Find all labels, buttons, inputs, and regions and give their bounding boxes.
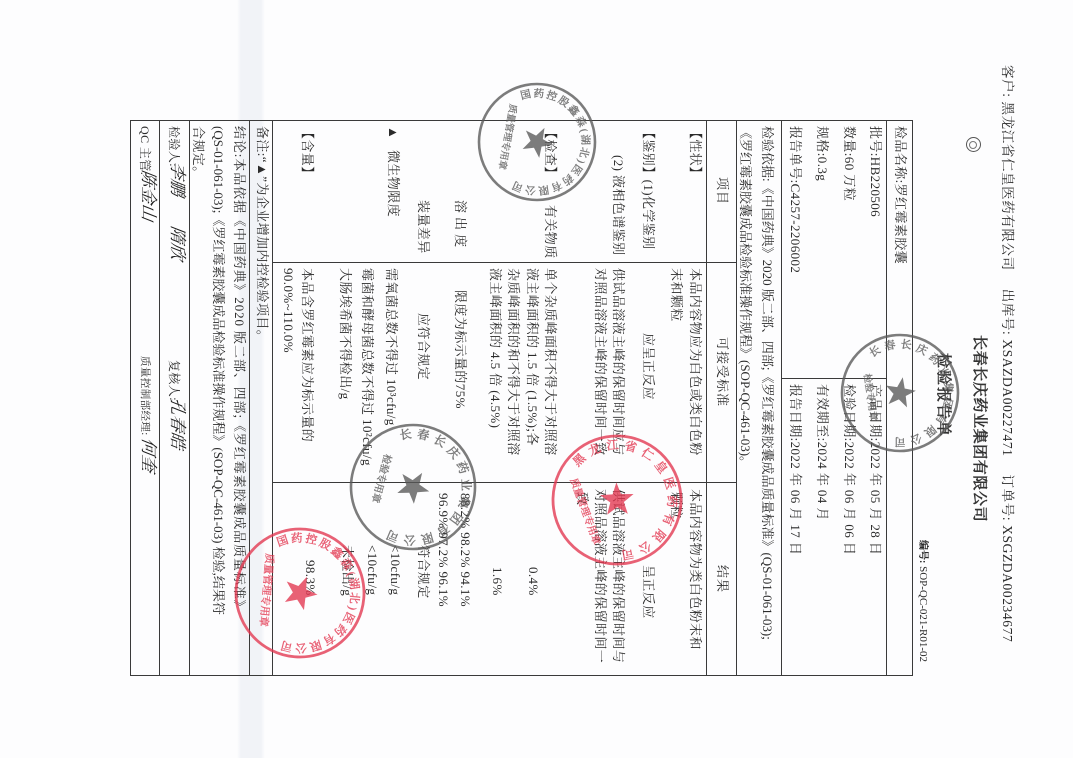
item-label: 微生物限度 bbox=[385, 150, 401, 217]
divider bbox=[272, 120, 273, 676]
result-text: 1.6% bbox=[489, 567, 505, 596]
report-date: 报告日期:2022 年 06 月 17 日 bbox=[787, 384, 803, 555]
result-text: 符合规定 bbox=[415, 545, 431, 599]
standard-text: 供试品溶液主峰的保留时间应与 bbox=[610, 268, 626, 456]
divider bbox=[706, 120, 707, 676]
divider bbox=[886, 120, 887, 676]
standard-text: 90.0%~110.0% bbox=[280, 268, 296, 353]
result-text: 对照品溶液主峰的保留时间一 bbox=[592, 489, 608, 663]
standard-text: 末和颗粒 bbox=[668, 268, 684, 322]
divider bbox=[159, 120, 160, 676]
qc-manager-signature: 何奎 bbox=[138, 437, 158, 474]
qc-supervisor-signature: 陈金山 bbox=[138, 169, 158, 223]
standard-text: 液主峰面积的 4.5 倍 (4.5%) bbox=[487, 268, 503, 428]
triangle-marker-icon: ▲ bbox=[385, 126, 401, 139]
column-header-result: 结果 bbox=[714, 482, 730, 676]
document-title: 检验报告单 bbox=[934, 353, 952, 438]
item-label: 【含量】 bbox=[299, 126, 315, 180]
standard-text: 霉菌和酵母菌总数不得过 10²cfu/g bbox=[359, 268, 375, 466]
result-text: 0.4% bbox=[525, 567, 541, 596]
outbound-number: XSAZDA00227471 bbox=[1000, 339, 1015, 456]
expiry-date: 有效期至:2024 年 04 月 bbox=[814, 384, 830, 521]
reviewer-label: 复核人: bbox=[166, 360, 182, 401]
company-title: 长春长庆药业集团有限公司 bbox=[970, 335, 988, 522]
remarks: 备注:“▲”为企业增加内控检验项目。 bbox=[254, 126, 270, 343]
conclusion-line: 合规定。 bbox=[190, 126, 206, 180]
result-text: 96.9% 97.2% 96.1% bbox=[435, 493, 451, 607]
divider bbox=[189, 120, 190, 676]
item-group-label: 【检查】 bbox=[542, 126, 558, 180]
report-number: 报告单号:C4257-2206002 bbox=[787, 126, 803, 273]
client-line: 客户: 黑龙江省仁皇医药有限公司 出库号: XSAZDA00227471 订单号… bbox=[999, 65, 1015, 642]
standard-text: 应符合规定 bbox=[415, 313, 431, 380]
standard-text: 对照品溶液主峰的保留时间一致 bbox=[592, 268, 608, 456]
outbound-label: 出库号: bbox=[1000, 289, 1015, 336]
client-label: 客户: bbox=[1000, 65, 1015, 98]
standard-text: 杂质峰面积的和不得大于对照溶 bbox=[505, 268, 521, 456]
result-text: 颗粒 bbox=[668, 492, 684, 519]
standard-text: 本品内容物应为白色或类白色粉 bbox=[687, 268, 703, 456]
inspector-signature: 隋欣 bbox=[167, 225, 187, 262]
item-label: 有关物质 bbox=[542, 205, 558, 259]
inspection-report-page: 客户: 黑龙江省仁皇医药有限公司 出库号: XSAZDA00227471 订单号… bbox=[0, 0, 1073, 758]
standard-text: 需氧菌总数不得过 10³cfu/g bbox=[383, 268, 399, 426]
column-header-standard: 可接受标准 bbox=[714, 262, 730, 482]
result-text: 98.3% bbox=[302, 560, 318, 596]
item-label: 【性状】 bbox=[687, 126, 703, 180]
production-date: 产品日期:2022 年 05 月 28 日 bbox=[867, 384, 883, 555]
item-label: 装量差异 bbox=[415, 200, 431, 254]
result-text: 供试品溶液主峰的保留时间与 bbox=[610, 489, 626, 663]
specification: 规格:0.3g bbox=[814, 126, 830, 181]
result-text: 本品内容物为类白色粉末和 bbox=[687, 489, 703, 650]
divider bbox=[782, 378, 887, 379]
client-name: 黑龙江省仁皇医药有限公司 bbox=[1000, 102, 1015, 271]
qc-manager-label: 质量控制部经理: bbox=[136, 356, 152, 436]
code-value: SOP-QC-021-R01-02 bbox=[917, 566, 929, 662]
code-label: 编号: bbox=[917, 540, 928, 563]
order-number: XSGZDA00234677 bbox=[1000, 525, 1015, 642]
standard-text: 本品含罗红霉素应为标示量的 bbox=[299, 268, 315, 442]
result-text: 呈正反应 bbox=[640, 565, 656, 619]
order-label: 订单号: bbox=[1000, 475, 1015, 522]
inspector-signature: 李鹏 bbox=[167, 161, 187, 198]
inspection-date: 检验日期:2022 年 06 月 06 日 bbox=[841, 384, 857, 555]
company-logo-icon bbox=[966, 137, 981, 152]
conclusion-line: (QS-01-061-03);《罗红霉素胶囊成品检验标准操作规程》(SOP-QC… bbox=[210, 126, 226, 615]
product-name: 检品名称:罗红霉素胶囊 bbox=[892, 126, 908, 264]
standard-text: 限度为标示量的75% bbox=[452, 290, 468, 409]
standard-text: 应呈正反应 bbox=[640, 333, 656, 400]
inspection-basis-line: 检验依据:《中国药典》2020 版二部、四部;《罗红霉素胶囊成品质量标准》(QS… bbox=[759, 126, 775, 640]
reviewer-signature: 孔春皓 bbox=[167, 397, 187, 451]
standard-text: 大肠埃希菌不得检出/g bbox=[337, 268, 353, 400]
batch-number: 批号:HB220506 bbox=[867, 126, 883, 217]
conclusion-line: 结论:本品依据《中国药典》2020 版二部、四部;《罗红霉素胶囊成品质量标准》 bbox=[231, 126, 247, 614]
item-label: (2) 液相色谱鉴别 bbox=[610, 155, 626, 255]
result-text: 未检出/g bbox=[339, 545, 355, 596]
result-text: <10cfu/g bbox=[364, 545, 380, 595]
divider bbox=[249, 120, 250, 676]
item-label: 【鉴别】(1)化学鉴别 bbox=[640, 126, 656, 250]
result-text: 致 bbox=[574, 492, 590, 505]
divider bbox=[273, 262, 737, 263]
divider bbox=[781, 120, 782, 676]
divider bbox=[273, 482, 737, 483]
result-text: 88.2% 98.2% 94.1% bbox=[457, 493, 473, 607]
column-header-item: 项目 bbox=[714, 120, 730, 262]
standard-text: 单个杂质峰面积不得大于对照溶 bbox=[542, 268, 558, 456]
item-label: 溶 出 度 bbox=[452, 200, 468, 248]
result-text: <10cfu/g bbox=[387, 545, 403, 595]
quantity: 数量:60 万粒 bbox=[841, 126, 857, 201]
document-code: 编号: SOP-QC-021-R01-02 bbox=[915, 540, 930, 662]
inspection-basis-line: 《罗红霉素胶囊成品检验标准操作规程》(SOP-QC-461-03)。 bbox=[737, 126, 753, 469]
standard-text: 液主峰面积的 1.5 倍 (1.5%);各 bbox=[524, 268, 540, 446]
